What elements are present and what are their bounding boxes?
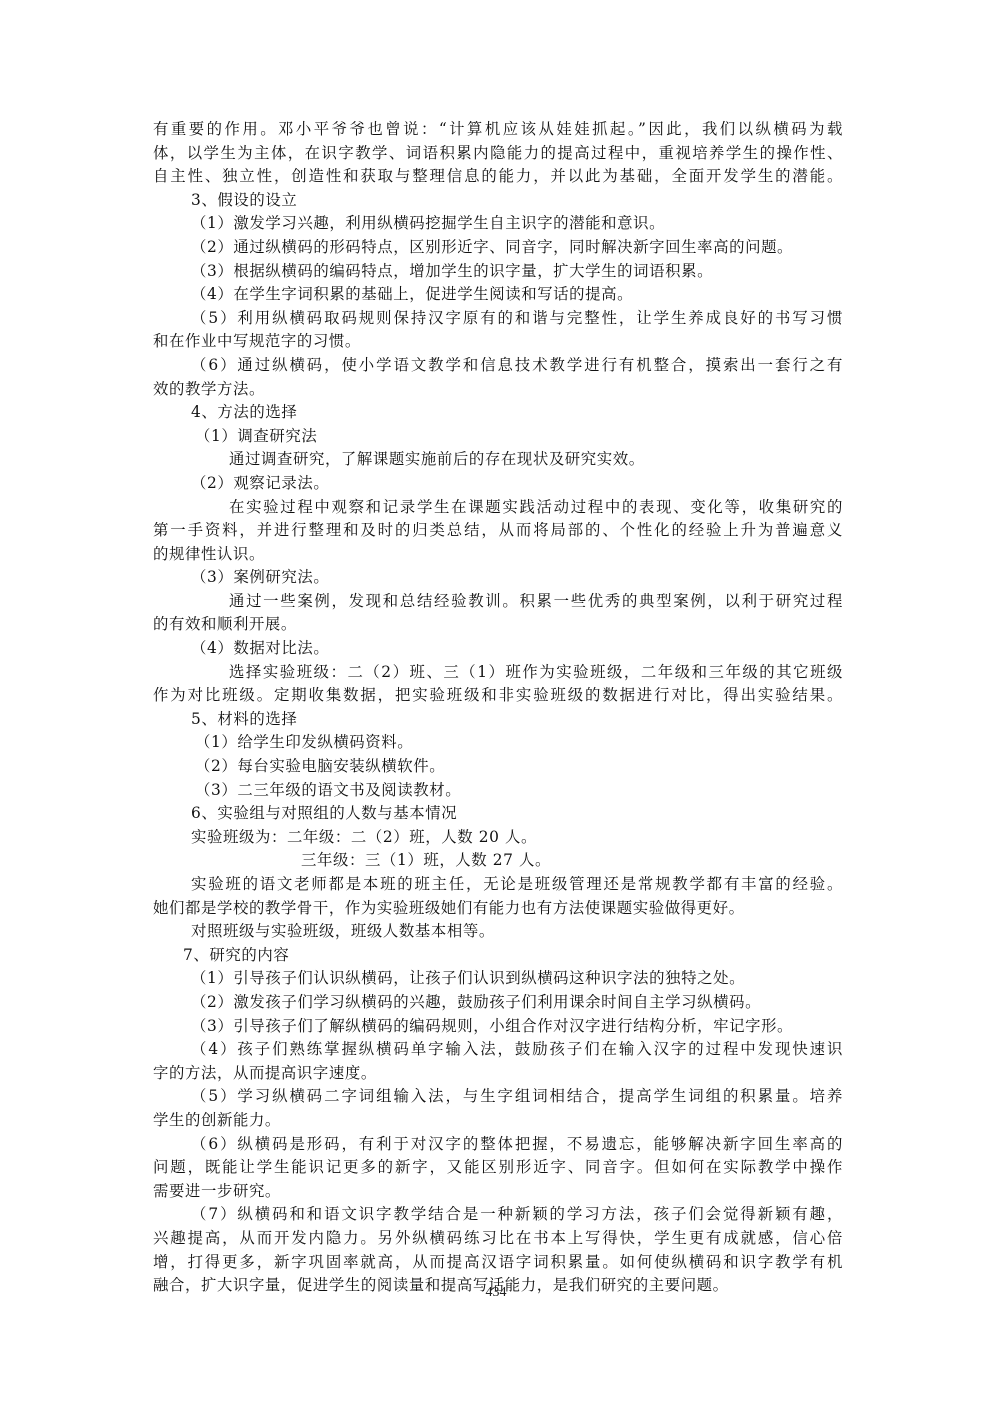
text-line: 通过一些案例，发现和总结经验教训。积累一些优秀的典型案例，以利于研究过程 — [153, 590, 843, 614]
text-line: （4）孩子们熟练掌握纵横码单字输入法，鼓励孩子们在输入汉字的过程中发现快速识 — [153, 1038, 843, 1062]
text-line: 4、方法的选择 — [153, 401, 843, 425]
text-line: 学生的创新能力。 — [153, 1109, 843, 1133]
text-line: 实验班级为：二年级：二（2）班，人数 20 人。 — [153, 826, 843, 850]
text-line: 和在作业中写规范字的习惯。 — [153, 330, 843, 354]
text-line: （1）给学生印发纵横码资料。 — [153, 731, 843, 755]
text-line: 7、研究的内容 — [153, 944, 843, 968]
text-line: 在实验过程中观察和记录学生在课题实践活动过程中的表现、变化等，收集研究的 — [153, 496, 843, 520]
text-line: 有重要的作用。邓小平爷爷也曾说：“计算机应该从娃娃抓起。”因此，我们以纵横码为载 — [153, 118, 843, 142]
text-line: （2）激发孩子们学习纵横码的兴趣，鼓励孩子们利用课余时间自主学习纵横码。 — [153, 991, 843, 1015]
text-line: （7）纵横码和和语文识字教学结合是一种新颖的学习方法，孩子们会觉得新颖有趣， — [153, 1203, 843, 1227]
text-line: 实验班的语文老师都是本班的班主任，无论是班级管理还是常规教学都有丰富的经验。 — [153, 873, 843, 897]
text-line: （4）在学生字词积累的基础上，促进学生阅读和写话的提高。 — [153, 283, 843, 307]
text-line: （6）纵横码是形码，有利于对汉字的整体把握，不易遗忘，能够解决新字回生率高的 — [153, 1133, 843, 1157]
text-line: 字的方法，从而提高识字速度。 — [153, 1062, 843, 1086]
text-line: （3）二三年级的语文书及阅读教材。 — [153, 779, 843, 803]
text-line: （3）根据纵横码的编码特点，增加学生的识字量，扩大学生的词语积累。 — [153, 260, 843, 284]
text-line: 6、实验组与对照组的人数与基本情况 — [153, 802, 843, 826]
text-line: （6）通过纵横码，使小学语文教学和信息技术教学进行有机整合，摸索出一套行之有 — [153, 354, 843, 378]
text-line: （5）学习纵横码二字词组输入法，与生字组词相结合，提高学生词组的积累量。培养 — [153, 1085, 843, 1109]
text-line: 的规律性认识。 — [153, 543, 843, 567]
text-line: 需要进一步研究。 — [153, 1180, 843, 1204]
page-number: 434 — [0, 1285, 992, 1301]
text-line: 体，以学生为主体，在识字教学、词语积累内隐能力的提高过程中，重视培养学生的操作性… — [153, 142, 843, 166]
text-line: 自主性、独立性，创造性和获取与整理信息的能力，并以此为基础，全面开发学生的潜能。 — [153, 165, 843, 189]
text-line: 选择实验班级：二（2）班、三（1）班作为实验班级，二年级和三年级的其它班级 — [153, 661, 843, 685]
text-line: 问题，既能让学生能识记更多的新字，又能区别形近字、同音字。但如何在实际教学中操作 — [153, 1156, 843, 1180]
text-line: （4）数据对比法。 — [153, 637, 843, 661]
text-line: （3）引导孩子们了解纵横码的编码规则，小组合作对汉字进行结构分析，牢记字形。 — [153, 1015, 843, 1039]
text-line: 的有效和顺利开展。 — [153, 613, 843, 637]
document-body: 有重要的作用。邓小平爷爷也曾说：“计算机应该从娃娃抓起。”因此，我们以纵横码为载… — [153, 118, 843, 1298]
text-line: 三年级：三（1）班，人数 27 人。 — [153, 849, 843, 873]
text-line: （2）通过纵横码的形码特点，区别形近字、同音字，同时解决新字回生率高的问题。 — [153, 236, 843, 260]
text-line: （5）利用纵横码取码规则保持汉字原有的和谐与完整性，让学生养成良好的书写习惯 — [153, 307, 843, 331]
text-line: （1）引导孩子们认识纵横码，让孩子们认识到纵横码这种识字法的独特之处。 — [153, 967, 843, 991]
text-line: 第一手资料，并进行整理和及时的归类总结，从而将局部的、个性化的经验上升为普遍意义 — [153, 519, 843, 543]
text-line: 她们都是学校的教学骨干，作为实验班级她们有能力也有方法使课题实验做得更好。 — [153, 897, 843, 921]
text-line: 对照班级与实验班级，班级人数基本相等。 — [153, 920, 843, 944]
text-line: （3）案例研究法。 — [153, 566, 843, 590]
text-line: 作为对比班级。定期收集数据，把实验班级和非实验班级的数据进行对比，得出实验结果。 — [153, 684, 843, 708]
text-line: （2）每台实验电脑安装纵横软件。 — [153, 755, 843, 779]
text-line: 5、材料的选择 — [153, 708, 843, 732]
text-line: （1）激发学习兴趣，利用纵横码挖掘学生自主识字的潜能和意识。 — [153, 212, 843, 236]
text-line: 兴趣提高，从而开发内隐力。另外纵横码练习比在书本上写得快，学生更有成就感，信心倍 — [153, 1227, 843, 1251]
text-line: （1）调查研究法 — [153, 425, 843, 449]
text-line: 效的教学方法。 — [153, 378, 843, 402]
text-line: 增，打得更多，新字巩固率就高，从而提高汉语字词积累量。如何使纵横码和识字教学有机 — [153, 1251, 843, 1275]
text-line: 3、假设的设立 — [153, 189, 843, 213]
text-line: 通过调查研究，了解课题实施前后的存在现状及研究实效。 — [153, 448, 843, 472]
text-line: （2）观察记录法。 — [153, 472, 843, 496]
